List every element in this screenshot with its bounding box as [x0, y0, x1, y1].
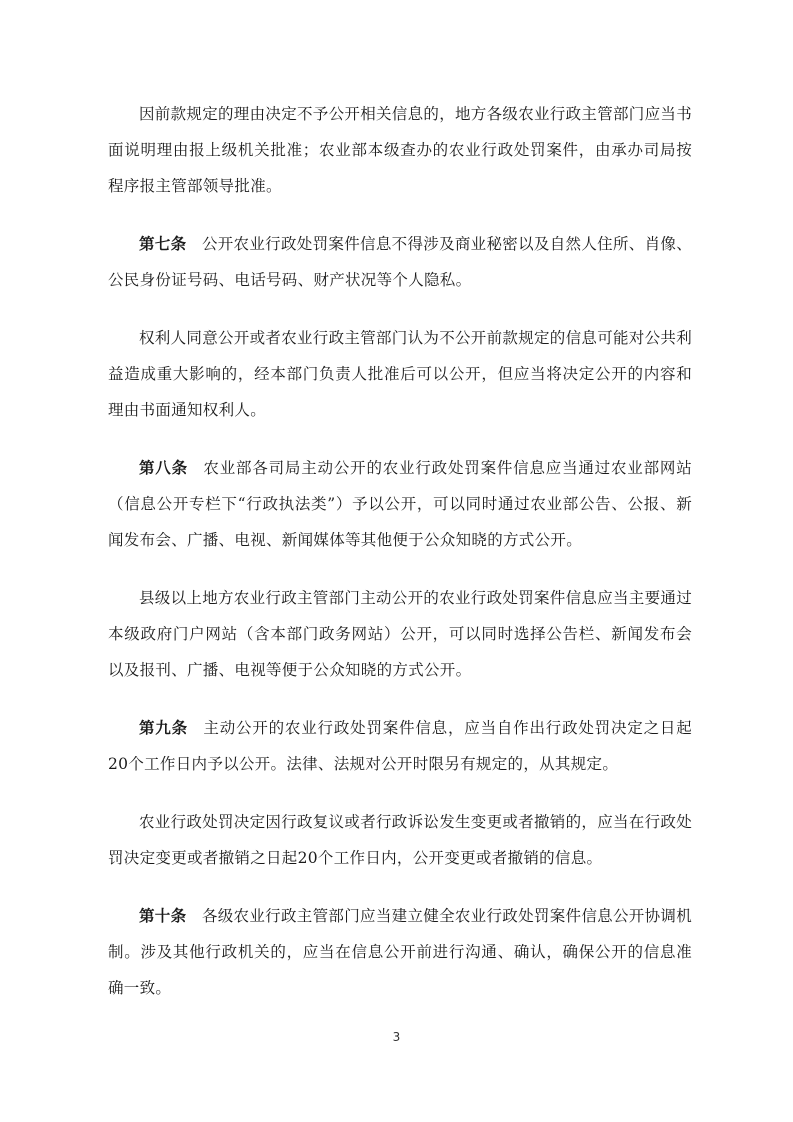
paragraph-text: 主动公开的农业行政处罚案件信息，应当自作出行政处罚决定之日起20个工作日内予以公… — [108, 719, 692, 773]
paragraph-text: 农业行政处罚决定因行政复议或者行政诉讼发生变更或者撤销的，应当在行政处罚决定变更… — [108, 813, 692, 867]
paragraph: 第九条主动公开的农业行政处罚案件信息，应当自作出行政处罚决定之日起20个工作日内… — [108, 710, 692, 782]
paragraph: 第八条农业部各司局主动公开的农业行政处罚案件信息应当通过农业部网站（信息公开专栏… — [108, 450, 692, 558]
page-number: 3 — [0, 1030, 793, 1044]
article-number: 第九条 — [139, 718, 188, 737]
paragraph: 县级以上地方农业行政主管部门主动公开的农业行政处罚案件信息应当主要通过本级政府门… — [108, 580, 692, 688]
paragraph-text: 各级农业行政主管部门应当建立健全农业行政处罚案件信息公开协调机制。涉及其他行政机… — [108, 907, 692, 997]
paragraph: 第十条各级农业行政主管部门应当建立健全农业行政处罚案件信息公开协调机制。涉及其他… — [108, 898, 692, 1006]
paragraph: 农业行政处罚决定因行政复议或者行政诉讼发生变更或者撤销的，应当在行政处罚决定变更… — [108, 804, 692, 876]
article-number: 第七条 — [139, 234, 186, 253]
paragraph: 权利人同意公开或者农业行政主管部门认为不公开前款规定的信息可能对公共利益造成重大… — [108, 320, 692, 428]
paragraph: 第七条公开农业行政处罚案件信息不得涉及商业秘密以及自然人住所、肖像、公民身份证号… — [108, 226, 692, 298]
paragraph-text: 因前款规定的理由决定不予公开相关信息的，地方各级农业行政主管部门应当书面说明理由… — [108, 105, 692, 195]
article-number: 第八条 — [139, 458, 188, 477]
paragraph-text: 公开农业行政处罚案件信息不得涉及商业秘密以及自然人住所、肖像、公民身份证号码、电… — [108, 235, 692, 289]
paragraph: 因前款规定的理由决定不予公开相关信息的，地方各级农业行政主管部门应当书面说明理由… — [108, 96, 692, 204]
paragraph-text: 农业部各司局主动公开的农业行政处罚案件信息应当通过农业部网站（信息公开专栏下“行… — [108, 459, 692, 549]
article-number: 第十条 — [139, 906, 186, 925]
document-body: 因前款规定的理由决定不予公开相关信息的，地方各级农业行政主管部门应当书面说明理由… — [108, 96, 692, 1028]
paragraph-text: 权利人同意公开或者农业行政主管部门认为不公开前款规定的信息可能对公共利益造成重大… — [108, 329, 692, 419]
paragraph-text: 县级以上地方农业行政主管部门主动公开的农业行政处罚案件信息应当主要通过本级政府门… — [108, 589, 692, 679]
